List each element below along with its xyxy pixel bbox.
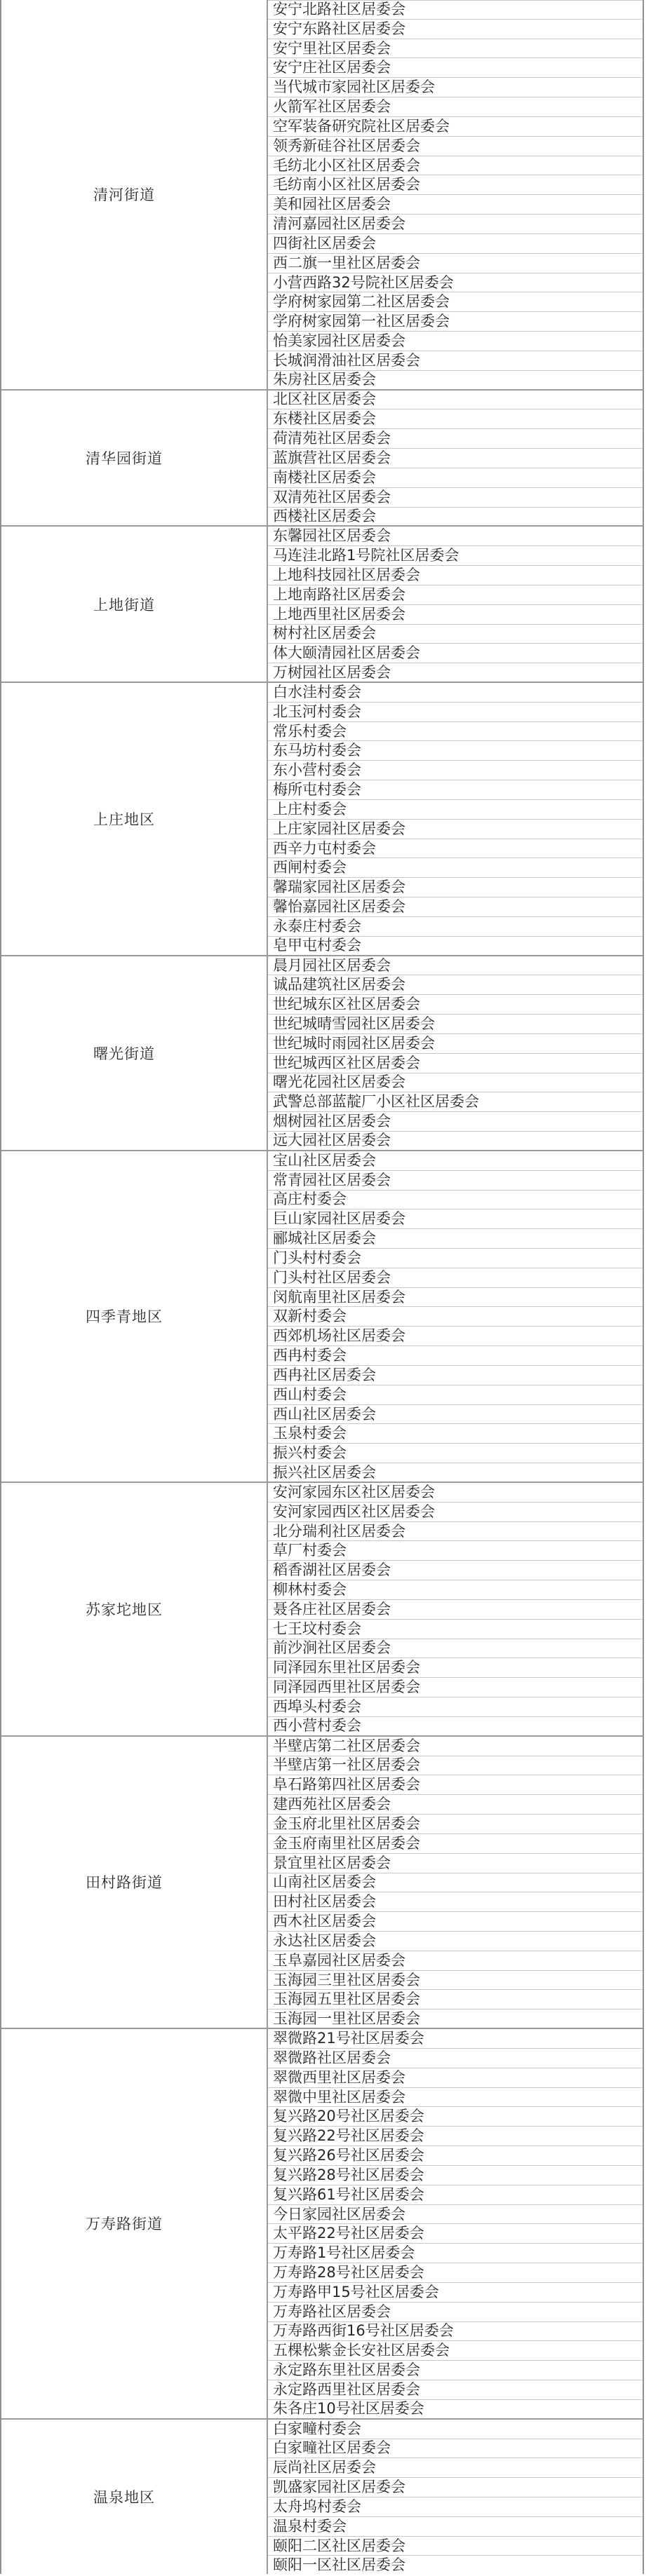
community-cell: 美和园社区居委会 — [268, 195, 643, 215]
community-cell: 馨怡嘉园社区居委会 — [268, 897, 643, 917]
district-group: 清河街道安宁北路社区居委会安宁东路社区居委会安宁里社区居委会安宁庄社区居委会当代… — [1, 0, 643, 391]
community-cell: 翠微路社区居委会 — [268, 2049, 643, 2068]
community-cell: 万寿路1号社区居委会 — [268, 2244, 643, 2263]
community-cell: 学府树家园第二社区居委会 — [268, 292, 643, 312]
community-cell: 长城润滑油社区居委会 — [268, 351, 643, 371]
community-column: 北区社区居委会东楼社区居委会荷清苑社区居委会蓝旗营社区居委会南楼社区居委会双清苑… — [268, 391, 643, 526]
community-cell: 门头村社区居委会 — [268, 1268, 643, 1288]
community-cell: 安宁北路社区居委会 — [268, 0, 643, 20]
community-cell: 稻香湖社区居委会 — [268, 1561, 643, 1580]
community-cell: 白家疃社区居委会 — [268, 2439, 643, 2459]
district-cell: 上地街道 — [1, 527, 268, 682]
community-cell: 田村社区居委会 — [268, 1892, 643, 1912]
community-column: 安河家园东区社区居委会安河家园西区社区居委会北分瑞利社区居委会草厂村委会稻香湖社… — [268, 1483, 643, 1735]
community-cell: 领秀新硅谷社区居委会 — [268, 137, 643, 156]
community-cell: 西楼社区居委会 — [268, 508, 643, 526]
community-cell: 今日家园社区居委会 — [268, 2205, 643, 2225]
community-cell: 马连洼北路1号院社区居委会 — [268, 546, 643, 566]
community-cell: 同泽园东里社区居委会 — [268, 1658, 643, 1678]
community-cell: 振兴村委会 — [268, 1444, 643, 1463]
district-group: 清华园街道北区社区居委会东楼社区居委会荷清苑社区居委会蓝旗营社区居委会南楼社区居… — [1, 391, 643, 527]
district-label: 苏家坨地区 — [86, 1599, 163, 1620]
district-group: 苏家坨地区安河家园东区社区居委会安河家园西区社区居委会北分瑞利社区居委会草厂村委… — [1, 1483, 643, 1737]
district-cell: 清华园街道 — [1, 391, 268, 526]
community-cell: 体大颐清园社区居委会 — [268, 644, 643, 663]
district-community-table: 清河街道安宁北路社区居委会安宁东路社区居委会安宁里社区居委会安宁庄社区居委会当代… — [0, 0, 644, 2574]
community-cell: 金玉府北里社区居委会 — [268, 1815, 643, 1834]
district-cell: 上庄地区 — [1, 683, 268, 955]
district-cell: 四季青地区 — [1, 1151, 268, 1482]
community-cell: 西郊机场社区居委会 — [268, 1327, 643, 1346]
community-cell: 金玉府南里社区居委会 — [268, 1834, 643, 1854]
community-cell: 毛纺北小区社区居委会 — [268, 156, 643, 176]
community-cell: 西小营村委会 — [268, 1717, 643, 1735]
community-cell: 永泰庄村委会 — [268, 917, 643, 937]
community-cell: 西冉社区居委会 — [268, 1366, 643, 1385]
community-cell: 郦城社区居委会 — [268, 1229, 643, 1249]
community-cell: 五棵松紫金长安社区居委会 — [268, 2341, 643, 2361]
community-cell: 上庄家园社区居委会 — [268, 820, 643, 839]
community-cell: 上庄村委会 — [268, 800, 643, 820]
district-cell: 苏家坨地区 — [1, 1483, 268, 1735]
community-cell: 温泉村委会 — [268, 2517, 643, 2537]
district-cell: 清河街道 — [1, 0, 268, 389]
community-cell: 阜石路第四社区居委会 — [268, 1775, 643, 1795]
community-cell: 上地西里社区居委会 — [268, 605, 643, 625]
community-cell: 西埠头村委会 — [268, 1697, 643, 1717]
community-cell: 怡美家园社区居委会 — [268, 332, 643, 351]
community-cell: 西山村委会 — [268, 1385, 643, 1405]
community-cell: 西木社区居委会 — [268, 1912, 643, 1932]
community-cell: 西二旗一里社区居委会 — [268, 254, 643, 273]
community-cell: 白水洼村委会 — [268, 683, 643, 703]
community-cell: 翠微西里社区居委会 — [268, 2068, 643, 2088]
community-cell: 辰尚社区居委会 — [268, 2458, 643, 2478]
community-cell: 东马坊村委会 — [268, 741, 643, 761]
community-column: 晨月园社区居委会诚品建筑社区居委会世纪城东区社区居委会世纪城晴雪园社区居委会世纪… — [268, 956, 643, 1150]
community-cell: 上地科技园社区居委会 — [268, 566, 643, 585]
community-cell: 七王坟村委会 — [268, 1620, 643, 1639]
community-cell: 朱房社区居委会 — [268, 371, 643, 389]
community-cell: 世纪城东区社区居委会 — [268, 995, 643, 1015]
community-cell: 永定路东里社区居委会 — [268, 2361, 643, 2380]
community-cell: 皂甲屯村委会 — [268, 937, 643, 955]
community-cell: 玉海园一里社区居委会 — [268, 2009, 643, 2028]
community-cell: 太舟坞村委会 — [268, 2497, 643, 2517]
community-cell: 北分瑞利社区居委会 — [268, 1522, 643, 1542]
community-cell: 颐阳一区社区居委会 — [268, 2556, 643, 2574]
community-cell: 同泽园西里社区居委会 — [268, 1678, 643, 1697]
community-column: 宝山社区居委会常青园社区居委会高庄村委会巨山家园社区居委会郦城社区居委会门头村村… — [268, 1151, 643, 1482]
district-label: 上地街道 — [93, 594, 155, 615]
community-cell: 玉海园三里社区居委会 — [268, 1971, 643, 1991]
district-label: 田村路街道 — [86, 1871, 163, 1892]
district-label: 温泉地区 — [93, 2486, 155, 2507]
community-cell: 万寿路28号社区居委会 — [268, 2263, 643, 2283]
community-cell: 馨瑞家园社区居委会 — [268, 878, 643, 897]
community-cell: 安宁里社区居委会 — [268, 39, 643, 59]
community-cell: 景宜里社区居委会 — [268, 1854, 643, 1873]
district-cell: 曙光街道 — [1, 956, 268, 1150]
district-label: 四季青地区 — [86, 1306, 163, 1327]
community-cell: 复兴路26号社区居委会 — [268, 2146, 643, 2166]
community-cell: 玉海园五里社区居委会 — [268, 1990, 643, 2009]
district-group: 万寿路街道翠微路21号社区居委会翠微路社区居委会翠微西里社区居委会翠微中里社区居… — [1, 2029, 643, 2420]
community-cell: 半壁店第一社区居委会 — [268, 1756, 643, 1776]
community-column: 白水洼村委会北玉河村委会常乐村委会东马坊村委会东小营村委会梅所屯村委会上庄村委会… — [268, 683, 643, 955]
community-cell: 小营西路32号院社区居委会 — [268, 273, 643, 293]
community-cell: 安宁庄社区居委会 — [268, 58, 643, 78]
community-cell: 闵航南里社区居委会 — [268, 1288, 643, 1308]
community-column: 安宁北路社区居委会安宁东路社区居委会安宁里社区居委会安宁庄社区居委会当代城市家园… — [268, 0, 643, 389]
community-cell: 空军装备研究院社区居委会 — [268, 117, 643, 137]
district-group: 四季青地区宝山社区居委会常青园社区居委会高庄村委会巨山家园社区居委会郦城社区居委… — [1, 1151, 643, 1483]
district-label: 曙光街道 — [93, 1043, 155, 1064]
community-cell: 西闸村委会 — [268, 858, 643, 878]
community-column: 翠微路21号社区居委会翠微路社区居委会翠微西里社区居委会翠微中里社区居委会复兴路… — [268, 2029, 643, 2418]
community-cell: 安河家园西区社区居委会 — [268, 1503, 643, 1522]
district-cell: 温泉地区 — [1, 2420, 268, 2575]
community-cell: 聂各庄社区居委会 — [268, 1600, 643, 1620]
community-cell: 荷清苑社区居委会 — [268, 429, 643, 449]
community-column: 东馨园社区居委会马连洼北路1号院社区居委会上地科技园社区居委会上地南路社区居委会… — [268, 527, 643, 682]
community-cell: 复兴路22号社区居委会 — [268, 2127, 643, 2146]
community-cell: 玉阜嘉园社区居委会 — [268, 1951, 643, 1971]
community-cell: 远大园社区居委会 — [268, 1132, 643, 1150]
community-cell: 白家疃村委会 — [268, 2420, 643, 2439]
community-cell: 山南社区居委会 — [268, 1873, 643, 1893]
community-cell: 东馨园社区居委会 — [268, 527, 643, 546]
community-cell: 柳林村委会 — [268, 1580, 643, 1600]
community-cell: 安宁东路社区居委会 — [268, 20, 643, 39]
district-label: 上庄地区 — [93, 808, 155, 829]
community-cell: 曙光花园社区居委会 — [268, 1073, 643, 1093]
community-cell: 世纪城西区社区居委会 — [268, 1054, 643, 1073]
community-cell: 北玉河村委会 — [268, 703, 643, 722]
community-cell: 北区社区居委会 — [268, 391, 643, 410]
community-cell: 西冉村委会 — [268, 1346, 643, 1366]
community-cell: 常乐村委会 — [268, 722, 643, 742]
community-cell: 双清苑社区居委会 — [268, 488, 643, 508]
community-cell: 上地南路社区居委会 — [268, 585, 643, 605]
community-cell: 凯盛家园社区居委会 — [268, 2478, 643, 2497]
community-cell: 双新村委会 — [268, 1307, 643, 1327]
district-label: 万寿路街道 — [86, 2213, 163, 2234]
community-cell: 诚品建筑社区居委会 — [268, 975, 643, 995]
community-cell: 万树园社区居委会 — [268, 663, 643, 682]
community-cell: 草厂村委会 — [268, 1541, 643, 1561]
community-cell: 树村社区居委会 — [268, 625, 643, 644]
district-group: 曙光街道晨月园社区居委会诚品建筑社区居委会世纪城东区社区居委会世纪城晴雪园社区居… — [1, 956, 643, 1151]
community-cell: 安河家园东区社区居委会 — [268, 1483, 643, 1503]
community-cell: 烟树园社区居委会 — [268, 1112, 643, 1132]
community-cell: 清河嘉园社区居委会 — [268, 215, 643, 234]
community-cell: 建西苑社区居委会 — [268, 1795, 643, 1815]
community-cell: 太平路22号社区居委会 — [268, 2224, 643, 2244]
community-cell: 翠微中里社区居委会 — [268, 2088, 643, 2108]
community-column: 白家疃村委会白家疃社区居委会辰尚社区居委会凯盛家园社区居委会太舟坞村委会温泉村委… — [268, 2420, 643, 2575]
community-cell: 高庄村委会 — [268, 1191, 643, 1210]
community-cell: 晨月园社区居委会 — [268, 956, 643, 976]
community-cell: 西辛力屯村委会 — [268, 839, 643, 859]
community-cell: 颐阳二区社区居委会 — [268, 2537, 643, 2556]
community-cell: 四街社区居委会 — [268, 234, 643, 254]
community-cell: 永定路西里社区居委会 — [268, 2380, 643, 2400]
community-column: 半壁店第二社区居委会半壁店第一社区居委会阜石路第四社区居委会建西苑社区居委会金玉… — [268, 1737, 643, 2028]
community-cell: 当代城市家园社区居委会 — [268, 78, 643, 97]
community-cell: 半壁店第二社区居委会 — [268, 1737, 643, 1756]
district-label: 清河街道 — [93, 184, 155, 205]
community-cell: 武警总部蓝靛厂小区社区居委会 — [268, 1092, 643, 1112]
district-group: 上庄地区白水洼村委会北玉河村委会常乐村委会东马坊村委会东小营村委会梅所屯村委会上… — [1, 683, 643, 956]
community-cell: 梅所屯村委会 — [268, 780, 643, 800]
community-cell: 万寿路西街16号社区居委会 — [268, 2322, 643, 2342]
district-group: 温泉地区白家疃村委会白家疃社区居委会辰尚社区居委会凯盛家园社区居委会太舟坞村委会… — [1, 2420, 643, 2575]
community-cell: 万寿路社区居委会 — [268, 2303, 643, 2322]
community-cell: 毛纺南小区社区居委会 — [268, 175, 643, 195]
community-cell: 复兴路28号社区居委会 — [268, 2166, 643, 2185]
community-cell: 朱各庄10号社区居委会 — [268, 2400, 643, 2418]
community-cell: 世纪城晴雪园社区居委会 — [268, 1015, 643, 1034]
community-cell: 火箭军社区居委会 — [268, 97, 643, 117]
district-group: 田村路街道半壁店第二社区居委会半壁店第一社区居委会阜石路第四社区居委会建西苑社区… — [1, 1737, 643, 2029]
district-cell: 田村路街道 — [1, 1737, 268, 2028]
district-label: 清华园街道 — [86, 447, 163, 468]
district-group: 上地街道东馨园社区居委会马连洼北路1号院社区居委会上地科技园社区居委会上地南路社… — [1, 527, 643, 683]
community-cell: 西山社区居委会 — [268, 1405, 643, 1425]
community-cell: 学府树家园第一社区居委会 — [268, 312, 643, 332]
community-cell: 复兴路20号社区居委会 — [268, 2107, 643, 2127]
community-cell: 世纪城时雨园社区居委会 — [268, 1034, 643, 1054]
community-cell: 蓝旗营社区居委会 — [268, 449, 643, 468]
community-cell: 东楼社区居委会 — [268, 409, 643, 429]
community-cell: 南楼社区居委会 — [268, 468, 643, 488]
community-cell: 常青园社区居委会 — [268, 1171, 643, 1191]
community-cell: 巨山家园社区居委会 — [268, 1209, 643, 1229]
community-cell: 前沙涧社区居委会 — [268, 1639, 643, 1659]
community-cell: 复兴路61号社区居委会 — [268, 2185, 643, 2205]
community-cell: 永达社区居委会 — [268, 1932, 643, 1951]
community-cell: 玉泉村委会 — [268, 1424, 643, 1444]
community-cell: 翠微路21号社区居委会 — [268, 2029, 643, 2049]
community-cell: 振兴社区居委会 — [268, 1463, 643, 1482]
district-cell: 万寿路街道 — [1, 2029, 268, 2418]
community-cell: 宝山社区居委会 — [268, 1151, 643, 1171]
community-cell: 门头村村委会 — [268, 1249, 643, 1268]
community-cell: 万寿路甲15号社区居委会 — [268, 2283, 643, 2303]
community-cell: 东小营村委会 — [268, 761, 643, 780]
